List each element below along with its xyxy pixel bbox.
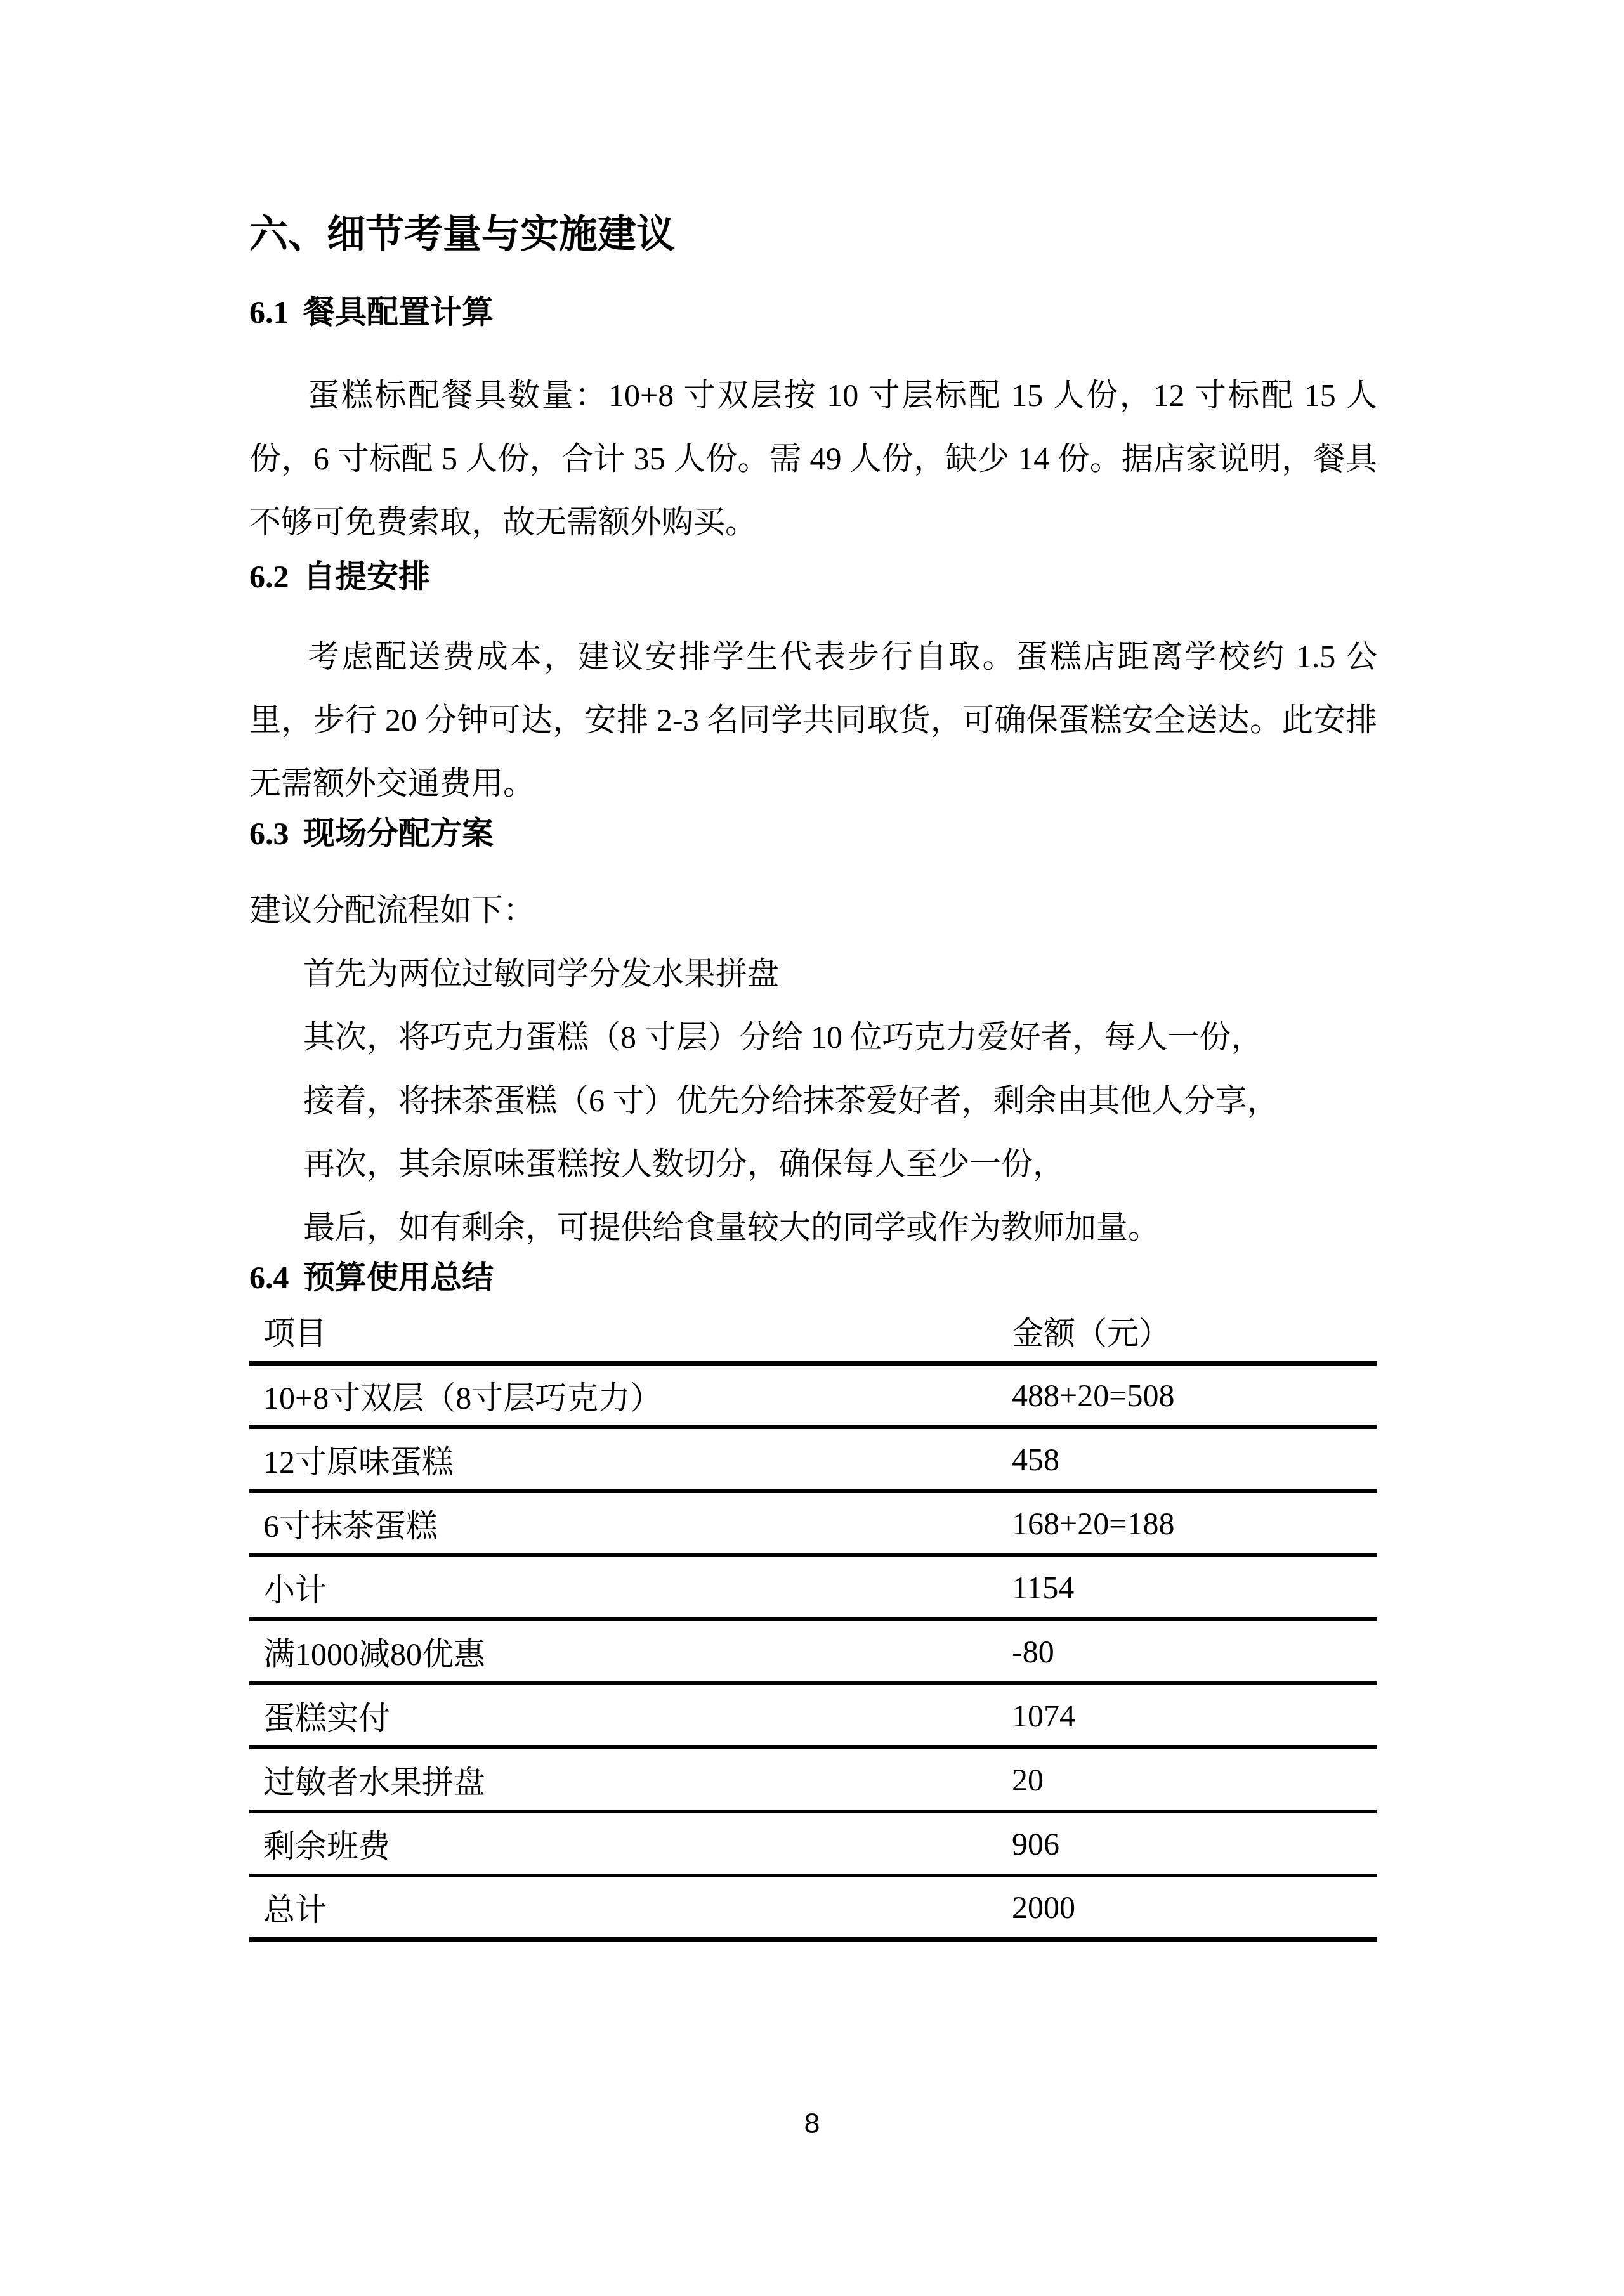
table-row: 过敏者水果拼盘20 xyxy=(249,1747,1377,1811)
page-number: 8 xyxy=(0,2107,1624,2140)
table-row: 总计2000 xyxy=(249,1875,1377,1940)
cell-item: 10+8寸双层（8寸层巧克力） xyxy=(249,1363,1012,1427)
header-amount: 金额（元） xyxy=(1012,1300,1377,1363)
budget-table: 项目 金额（元） 10+8寸双层（8寸层巧克力）488+20=50812寸原味蛋… xyxy=(249,1300,1377,1942)
cell-amount: 488+20=508 xyxy=(1012,1363,1377,1427)
table-row: 剩余班费906 xyxy=(249,1811,1377,1875)
cell-item: 满1000减80优惠 xyxy=(249,1619,1012,1683)
distribution-step: 最后，如有剩余，可提供给食量较大的同学或作为教师加量。 xyxy=(249,1196,1377,1259)
distribution-step: 接着，将抹茶蛋糕（6 寸）优先分给抹茶爱好者，剩余由其他人分享， xyxy=(249,1069,1377,1132)
table-row: 6寸抹茶蛋糕168+20=188 xyxy=(249,1491,1377,1555)
cell-item: 总计 xyxy=(249,1875,1012,1940)
heading-6-3: 6.3现场分配方案 xyxy=(249,815,1377,852)
heading-6-3-text: 现场分配方案 xyxy=(303,816,494,851)
section-title: 六、细节考量与实施建议 xyxy=(249,211,1377,259)
distribution-step: 再次，其余原味蛋糕按人数切分，确保每人至少一份， xyxy=(249,1132,1377,1196)
cell-item: 剩余班费 xyxy=(249,1811,1012,1875)
paragraph-tableware: 蛋糕标配餐具数量：10+8 寸双层按 10 寸层标配 15 人份，12 寸标配 … xyxy=(249,363,1377,554)
cell-item: 过敏者水果拼盘 xyxy=(249,1747,1012,1811)
heading-6-2: 6.2自提安排 xyxy=(249,558,1377,595)
heading-6-4-number: 6.4 xyxy=(249,1259,303,1296)
cell-amount: 1154 xyxy=(1012,1555,1377,1619)
table-row: 12寸原味蛋糕458 xyxy=(249,1427,1377,1491)
heading-6-1-number: 6.1 xyxy=(249,294,303,330)
distribution-step: 首先为两位过敏同学分发水果拼盘 xyxy=(249,942,1377,1005)
heading-6-2-number: 6.2 xyxy=(249,558,303,595)
table-row: 10+8寸双层（8寸层巧克力）488+20=508 xyxy=(249,1363,1377,1427)
distribution-steps: 首先为两位过敏同学分发水果拼盘其次，将巧克力蛋糕（8 寸层）分给 10 位巧克力… xyxy=(249,942,1377,1259)
document-page: 六、细节考量与实施建议 6.1餐具配置计算 蛋糕标配餐具数量：10+8 寸双层按… xyxy=(0,0,1624,2296)
cell-amount: 906 xyxy=(1012,1811,1377,1875)
table-row: 蛋糕实付1074 xyxy=(249,1683,1377,1747)
budget-table-body: 10+8寸双层（8寸层巧克力）488+20=50812寸原味蛋糕4586寸抹茶蛋… xyxy=(249,1363,1377,1940)
budget-table-header-row: 项目 金额（元） xyxy=(249,1300,1377,1363)
cell-amount: 1074 xyxy=(1012,1683,1377,1747)
distribution-step: 其次，将巧克力蛋糕（8 寸层）分给 10 位巧克力爱好者，每人一份， xyxy=(249,1005,1377,1069)
heading-6-1-text: 餐具配置计算 xyxy=(303,294,494,330)
cell-item: 12寸原味蛋糕 xyxy=(249,1427,1012,1491)
heading-6-1: 6.1餐具配置计算 xyxy=(249,294,1377,330)
cell-amount: 168+20=188 xyxy=(1012,1491,1377,1555)
cell-item: 6寸抹茶蛋糕 xyxy=(249,1491,1012,1555)
cell-amount: -80 xyxy=(1012,1619,1377,1683)
cell-amount: 458 xyxy=(1012,1427,1377,1491)
table-row: 满1000减80优惠-80 xyxy=(249,1619,1377,1683)
heading-6-4: 6.4预算使用总结 xyxy=(249,1259,1377,1296)
heading-6-3-number: 6.3 xyxy=(249,815,303,852)
header-item: 项目 xyxy=(249,1300,1012,1363)
cell-amount: 2000 xyxy=(1012,1875,1377,1940)
page-content: 六、细节考量与实施建议 6.1餐具配置计算 蛋糕标配餐具数量：10+8 寸双层按… xyxy=(249,211,1377,1942)
heading-6-4-text: 预算使用总结 xyxy=(303,1260,494,1295)
paragraph-pickup: 考虑配送费成本，建议安排学生代表步行自取。蛋糕店距离学校约 1.5 公里，步行 … xyxy=(249,625,1377,815)
cell-amount: 20 xyxy=(1012,1747,1377,1811)
heading-6-2-text: 自提安排 xyxy=(303,559,430,594)
cell-item: 蛋糕实付 xyxy=(249,1683,1012,1747)
cell-item: 小计 xyxy=(249,1555,1012,1619)
distribution-intro: 建议分配流程如下： xyxy=(249,878,1377,942)
table-row: 小计1154 xyxy=(249,1555,1377,1619)
